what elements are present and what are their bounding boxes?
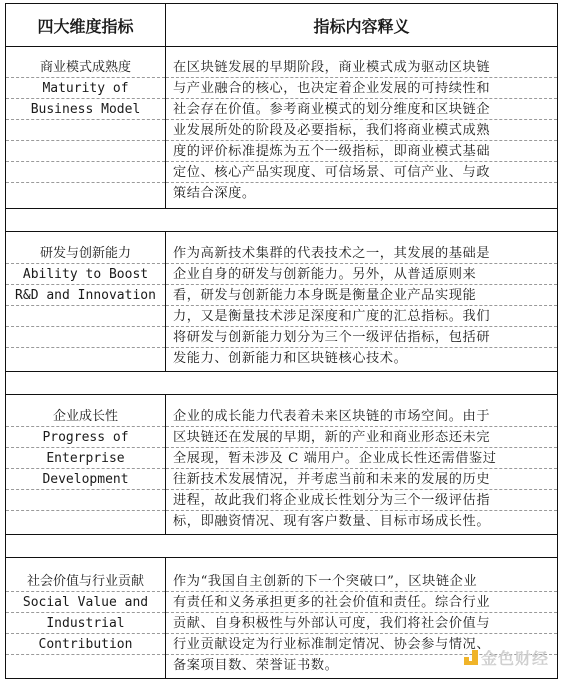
watermark-text: 金色财经: [481, 646, 549, 669]
description-cell: 在区块链发展的早期阶段，商业模式成为驱动区块链 与产业融合的核心，也决定着企业发…: [166, 47, 557, 208]
header-description: 指标内容释义: [166, 4, 557, 46]
dimension-title-cn: 社会价值与行业贡献: [6, 571, 165, 592]
description-cell: 作为“我国自主创新的下一个突破口”，区块链企业 有责任和义务承担更多的社会价值和…: [166, 558, 557, 678]
spacer-row: [6, 372, 557, 395]
description-line: 企业自身的研发与创新能力。另外，从普适原则来: [166, 264, 557, 285]
description-line: 发能力、创新能力和区块链核心技术。: [166, 348, 557, 369]
dimension-cell: 商业模式成熟度 Maturity of Business Model: [6, 47, 166, 208]
description-line: 作为“我国自主创新的下一个突破口”，区块链企业: [166, 571, 557, 592]
header-dimension: 四大维度指标: [6, 4, 166, 46]
spacer-row: [6, 209, 557, 232]
description-line: 在区块链发展的早期阶段，商业模式成为驱动区块链: [166, 57, 557, 78]
dimension-title-cn: 研发与创新能力: [6, 243, 165, 264]
table-row-business-model: 商业模式成熟度 Maturity of Business Model 在区块链发…: [6, 47, 557, 209]
description-line: 标，即融资情况、现有客户数量、目标市场成长性。: [166, 511, 557, 532]
description-cell: 企业的成长能力代表着未来区块链的市场空间。由于 区块链还在发展的早期，新的产业和…: [166, 395, 557, 534]
description-line: 定位、核心产品实现度、可信场景、可信产业、与政: [166, 162, 557, 183]
dimension-title-cn: 企业成长性: [6, 406, 165, 427]
dimension-title-en: Business Model: [6, 99, 165, 120]
watermark: 金色财经: [464, 646, 549, 669]
description-line: 社会存在价值。参考商业模式的划分维度和区块链企: [166, 99, 557, 120]
description-line: 全展现，暂未涉及 C 端用户。企业成长性还需借鉴过: [166, 448, 557, 469]
description-line: 业发展所处的阶段及必要指标，我们将商业模式成熟: [166, 120, 557, 141]
jinse-logo-icon: [464, 650, 478, 665]
description-line: 策结合深度。: [166, 183, 557, 204]
table-row-rnd-innovation: 研发与创新能力 Ability to Boost R&D and Innovat…: [6, 232, 557, 372]
description-line: 看，研发与创新能力本身既是衡量企业产品实现能: [166, 285, 557, 306]
dimension-title-en: Ability to Boost: [6, 264, 165, 285]
description-line: 将研发与创新能力划分为三个一级评估指标，包括研: [166, 327, 557, 348]
dimension-cell: 研发与创新能力 Ability to Boost R&D and Innovat…: [6, 232, 166, 371]
dimension-title-en: Maturity of: [6, 78, 165, 99]
dimension-title-en: Contribution: [6, 634, 165, 655]
spacer-row: [6, 535, 557, 558]
description-line: 进程，故此我们将企业成长性划分为三个一级评估指: [166, 490, 557, 511]
indicator-table: 四大维度指标 指标内容释义 商业模式成熟度 Maturity of Busine…: [5, 3, 558, 679]
description-line: 往新技术发展情况，并考虑当前和未来的发展的历史: [166, 469, 557, 490]
description-cell: 作为高新技术集群的代表技术之一，其发展的基础是 企业自身的研发与创新能力。另外，…: [166, 232, 557, 371]
dimension-title-en: Enterprise: [6, 448, 165, 469]
dimension-title-cn: 商业模式成熟度: [6, 57, 165, 78]
table-header-row: 四大维度指标 指标内容释义: [6, 4, 557, 47]
table-row-social-value: 社会价值与行业贡献 Social Value and Industrial Co…: [6, 558, 557, 678]
description-line: 度的评价标准提炼为五个一级指标，即商业模式基础: [166, 141, 557, 162]
dimension-title-en: Development: [6, 469, 165, 490]
table-row-enterprise-growth: 企业成长性 Progress of Enterprise Development…: [6, 395, 557, 535]
description-line: 有责任和义务承担更多的社会价值和责任。综合行业: [166, 592, 557, 613]
dimension-cell: 社会价值与行业贡献 Social Value and Industrial Co…: [6, 558, 166, 678]
description-line: 与产业融合的核心，也决定着企业发展的可持续性和: [166, 78, 557, 99]
description-line: 作为高新技术集群的代表技术之一，其发展的基础是: [166, 243, 557, 264]
description-line: 区块链还在发展的早期，新的产业和商业形态还未完: [166, 427, 557, 448]
dimension-title-en: Progress of: [6, 427, 165, 448]
description-line: 贡献、自身积极性与外部认可度，我们将社会价值与: [166, 613, 557, 634]
dimension-cell: 企业成长性 Progress of Enterprise Development: [6, 395, 166, 534]
description-line: 力，又是衡量技术涉足深度和广度的汇总指标。我们: [166, 306, 557, 327]
dimension-title-en: Social Value and: [6, 592, 165, 613]
dimension-title-en: R&D and Innovation: [6, 285, 165, 306]
description-line: 企业的成长能力代表着未来区块链的市场空间。由于: [166, 406, 557, 427]
dimension-title-en: Industrial: [6, 613, 165, 634]
